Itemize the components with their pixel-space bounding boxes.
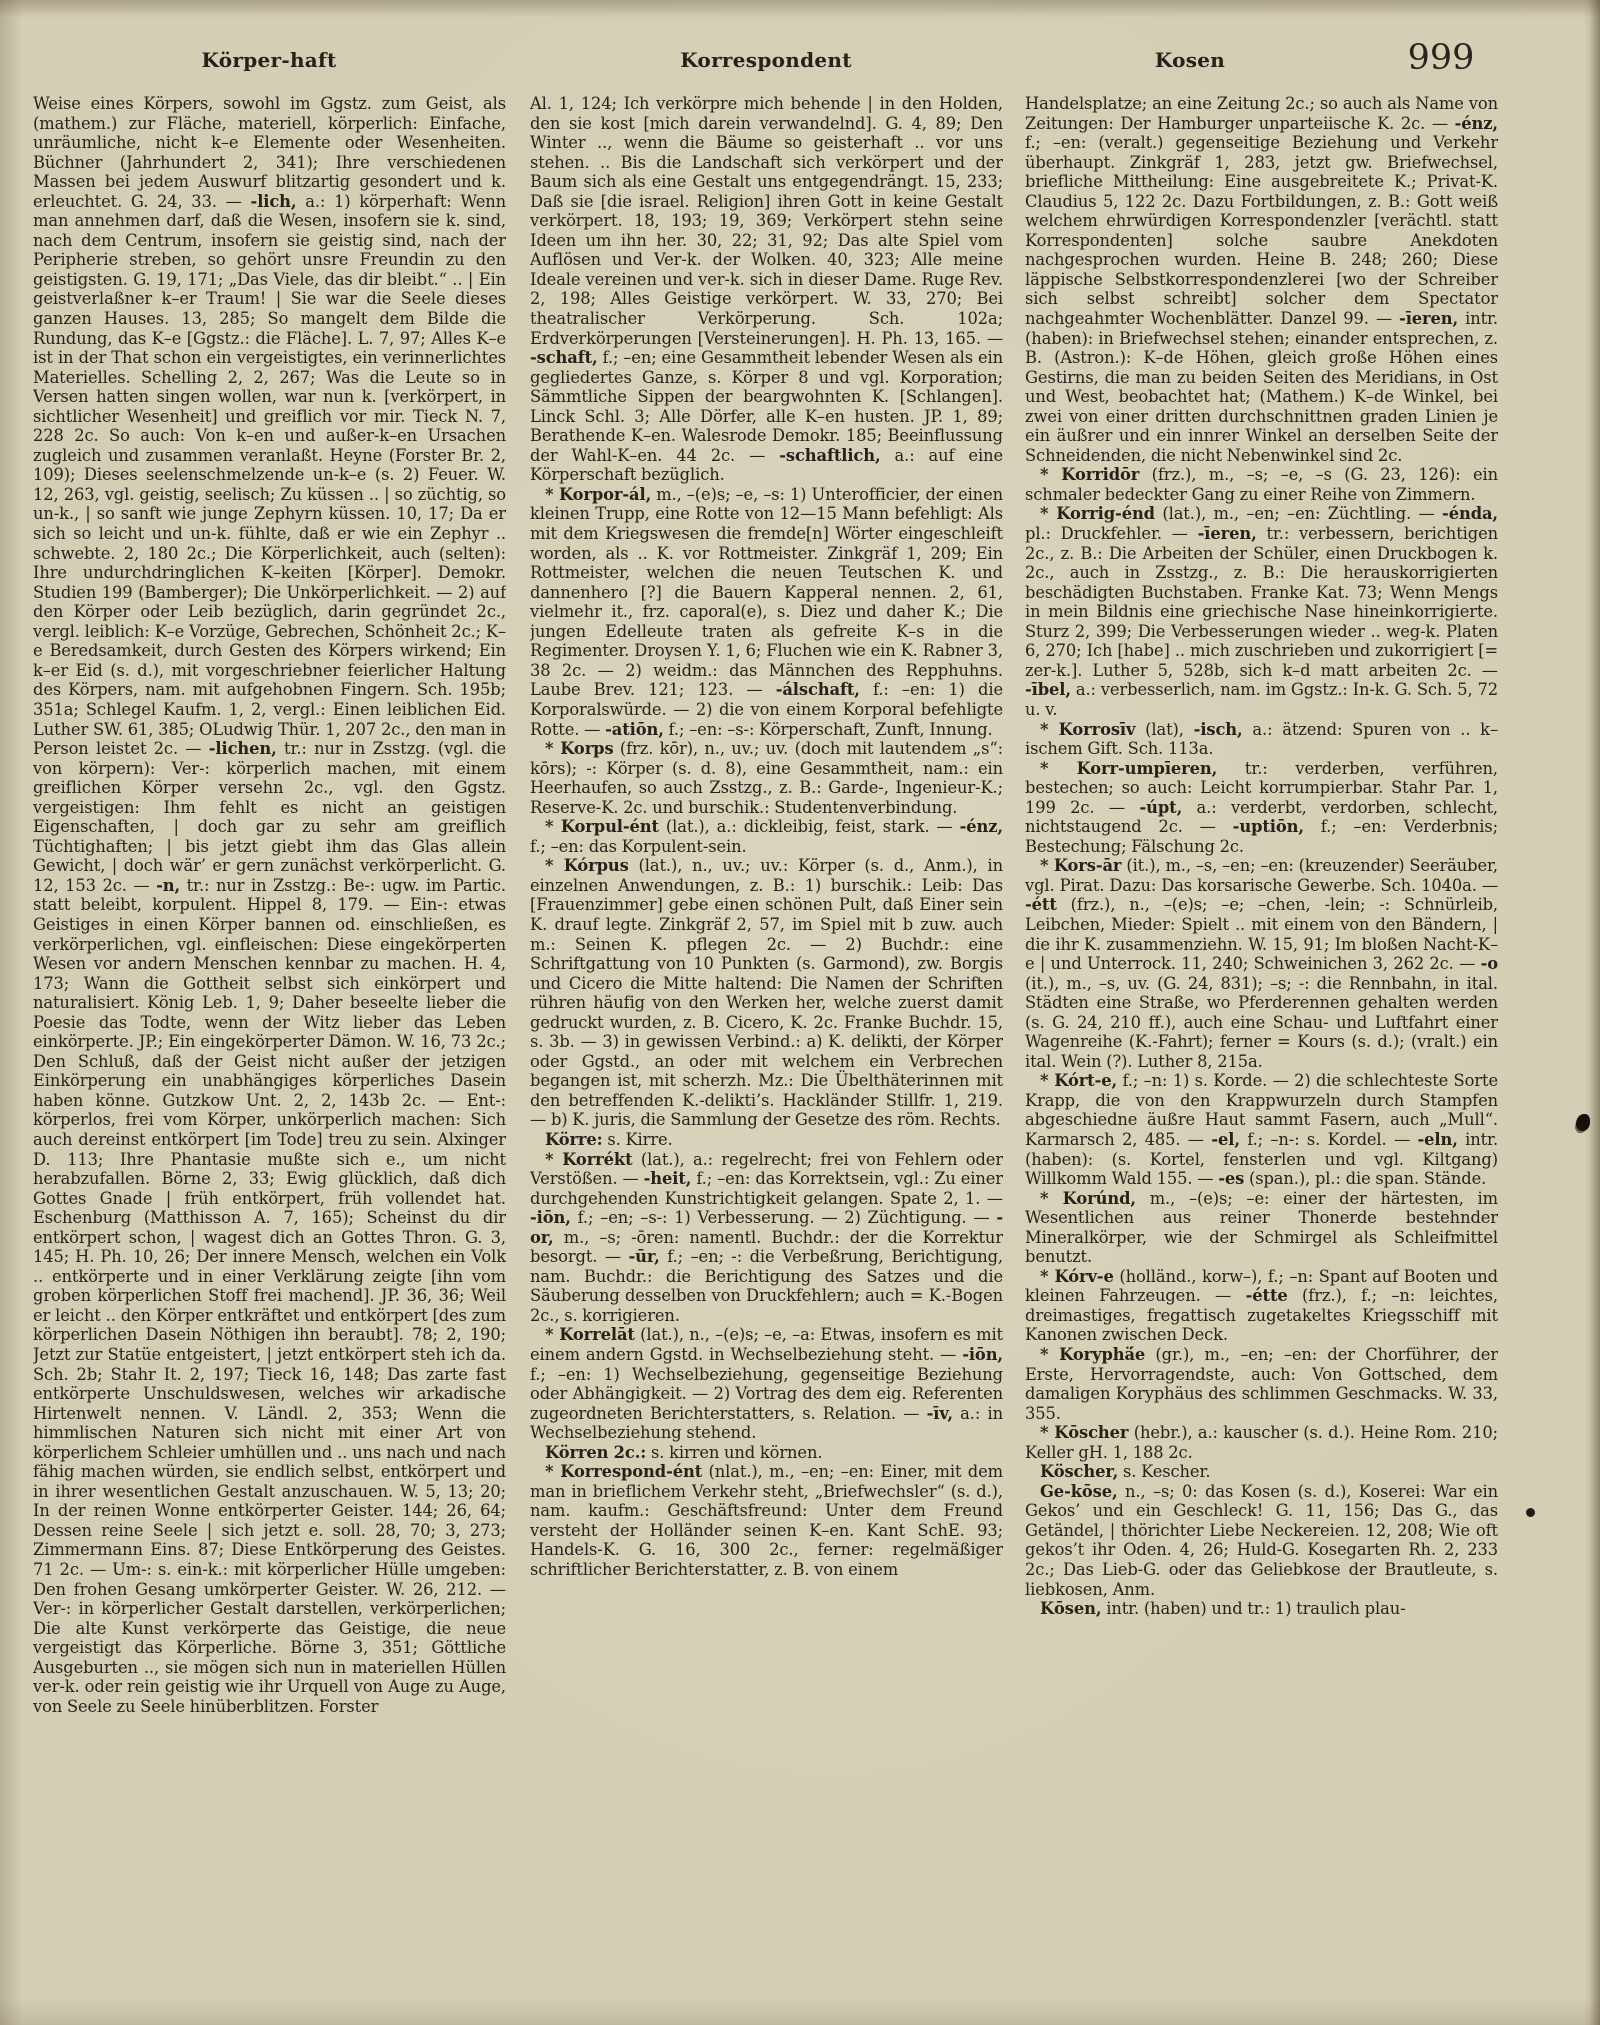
- ink-speck-small: [1526, 1508, 1535, 1517]
- entry-headword: * Korrig-énd: [1040, 504, 1155, 523]
- entry-headword: -lich,: [251, 192, 297, 211]
- entry-headword: -álschaft,: [776, 680, 860, 699]
- entry-headword: * Korpul-ént: [545, 817, 659, 836]
- entry-headword: -heit,: [644, 1169, 692, 1188]
- entry-headword: Kōsen,: [1040, 1599, 1101, 1618]
- entry-headword: * Kōscher: [1040, 1423, 1128, 1442]
- entry-headword: -schaft,: [530, 348, 598, 367]
- entry-headword: Körren 2c.:: [545, 1443, 646, 1462]
- entry-headword: * Kors-ār: [1040, 856, 1121, 875]
- running-head-right: Kosen: [1025, 48, 1355, 72]
- entry-text: pl.: Druckfehler. —: [1025, 524, 1198, 543]
- entry-headword: * Korps: [545, 739, 614, 758]
- running-head-center: Korrespondent: [530, 48, 1002, 72]
- entry-headword: -schaftlich,: [779, 446, 880, 465]
- entry-text: a.: 1) körperhaft: Wenn man annehmen dar…: [33, 192, 506, 758]
- entry-headword: -úpt,: [1139, 798, 1182, 817]
- continuation-paragraph: Weise eines Körpers, sowohl im Ggstz. zu…: [33, 94, 506, 1716]
- entry-text: s. kirren und körnen.: [646, 1443, 822, 1462]
- entry-headword: -énz,: [1455, 114, 1498, 133]
- entry-headword: -atiōn,: [605, 720, 664, 739]
- entry-text: (lat.), n., uv.; uv.: Körper (s. d., Anm…: [530, 856, 1003, 1129]
- text-column-1: Weise eines Körpers, sowohl im Ggstz. zu…: [33, 94, 506, 1894]
- entry-headword: -énz,: [960, 817, 1003, 836]
- entry-paragraph: * Korps (frz. kōr), n., uv.; uv. (doch m…: [530, 739, 1003, 817]
- ink-speck-large: [1576, 1114, 1590, 1131]
- entry-text: (lat.), m., –en; –en: Züchtling. —: [1155, 504, 1442, 523]
- entry-text: f.; –en; –s-: 1) Verbesserung. — 2) Züch…: [571, 1208, 997, 1227]
- entry-text: s. Kirre.: [603, 1130, 673, 1149]
- entry-text: f.; –en: (veralt.) gegenseitige Beziehun…: [1025, 133, 1498, 328]
- entry-headword: -étte: [1246, 1286, 1288, 1305]
- entry-text: (lat),: [1135, 720, 1193, 739]
- entry-text: Al. 1, 124; Ich verkörpre mich behende |…: [530, 94, 1003, 348]
- entry-headword: -ūr,: [628, 1247, 659, 1266]
- entry-text: m., –(e)s; –e, –s: 1) Unterofficier, der…: [530, 485, 1003, 699]
- entry-headword: -īeren,: [1198, 524, 1257, 543]
- dictionary-page-scan: Körper-haft Korrespondent Kosen 999 Weis…: [0, 0, 1600, 2025]
- entry-paragraph: Ge-kōse, n., –s; 0: das Kosen (s. d.), K…: [1025, 1482, 1498, 1599]
- entry-text: f.; –en: –s-: Körperschaft, Zunft, Innun…: [664, 720, 993, 739]
- entry-paragraph: * Korrig-énd (lat.), m., –en; –en: Zücht…: [1025, 504, 1498, 719]
- entry-text: tr.: nur in Zsstzg. (vgl. die von körper…: [33, 739, 506, 895]
- entry-headword: -es: [1218, 1169, 1244, 1188]
- entry-paragraph: Körre: s. Kirre.: [530, 1130, 1003, 1150]
- entry-headword: -iōn,: [530, 1208, 571, 1227]
- entry-paragraph: * Korrelāt (lat.), n., –(e)s; –e, –a: Et…: [530, 1325, 1003, 1442]
- entry-text: f.; –en: das Korpulent-sein.: [530, 837, 747, 856]
- entry-headword: Körre:: [545, 1130, 603, 1149]
- entry-headword: * Korpor-ál,: [545, 485, 651, 504]
- entry-text: f.; –n-: s. Kordel. —: [1240, 1130, 1418, 1149]
- entry-headword: * Koryphä́e: [1040, 1345, 1145, 1364]
- entry-text: (lat.), a.: dickleibig, feist, stark. —: [659, 817, 960, 836]
- entry-headword: * Korúnd,: [1040, 1189, 1136, 1208]
- entry-headword: -n,: [156, 876, 180, 895]
- entry-text: a.: verbesserlich, nam. im Ggstz.: In-k.…: [1025, 680, 1498, 719]
- entry-headword: -ībel,: [1025, 680, 1071, 699]
- entry-headword: * Korr-umpīeren,: [1040, 759, 1217, 778]
- entry-paragraph: * Kórt-e, f.; –n: 1) s. Korde. — 2) die …: [1025, 1071, 1498, 1188]
- continuation-paragraph: Handelsplatze; an eine Zeitung 2c.; so a…: [1025, 94, 1498, 465]
- page-edge-shading: [1590, 0, 1600, 2025]
- entry-headword: * Korrékt: [545, 1150, 633, 1169]
- continuation-paragraph: Al. 1, 124; Ich verkörpre mich behende |…: [530, 94, 1003, 485]
- entry-paragraph: * Kōscher (hebr.), a.: kauscher (s. d.).…: [1025, 1423, 1498, 1462]
- entry-headword: -étt: [1025, 895, 1057, 914]
- entry-text: tr.: verbessern, berichtigen 2c., z. B.:…: [1025, 524, 1498, 680]
- entry-text: (it.), m., –s, uv. (G. 24, 831); –s; -: …: [1025, 974, 1498, 1071]
- text-column-3: Handelsplatze; an eine Zeitung 2c.; so a…: [1025, 94, 1498, 1894]
- entry-text: intr. (haben): in Briefwechsel stehen; e…: [1025, 309, 1498, 465]
- entry-paragraph: * Korrespond-ént (nlat.), m., –en; –en: …: [530, 1462, 1003, 1579]
- entry-paragraph: * Kórv-e (holländ., korw–), f.; –n: Span…: [1025, 1267, 1498, 1345]
- entry-text: tr.: nur in Zsstzg.: Be-: ugw. im Partic…: [33, 876, 506, 1716]
- entry-headword: Ge-kōse,: [1040, 1482, 1118, 1501]
- entry-headword: * Korrespond-ént: [545, 1462, 702, 1481]
- entry-headword: * Korridōr: [1040, 465, 1139, 484]
- entry-headword: -īeren,: [1399, 309, 1458, 328]
- entry-paragraph: Köscher, s. Kescher.: [1025, 1462, 1498, 1482]
- text-column-2: Al. 1, 124; Ich verkörpre mich behende |…: [530, 94, 1003, 1894]
- entry-paragraph: * Korr-umpīeren, tr.: verderben, verführ…: [1025, 759, 1498, 857]
- entry-headword: * Kórv-e: [1040, 1267, 1114, 1286]
- entry-paragraph: * Korpor-ál, m., –(e)s; –e, –s: 1) Unter…: [530, 485, 1003, 739]
- entry-headword: -énda,: [1442, 504, 1498, 523]
- entry-headword: -lichen,: [209, 739, 277, 758]
- entry-paragraph: Körren 2c.: s. kirren und körnen.: [530, 1443, 1003, 1463]
- entry-headword: * Korrosīv: [1040, 720, 1135, 739]
- entry-headword: * Kórpus: [545, 856, 629, 875]
- entry-paragraph: Kōsen, intr. (haben) und tr.: 1) traulic…: [1025, 1599, 1498, 1619]
- entry-headword: -uptiōn,: [1233, 817, 1304, 836]
- page-number: 999: [1396, 38, 1486, 78]
- entry-headword: -eln,: [1417, 1130, 1457, 1149]
- entry-headword: * Kórt-e,: [1040, 1071, 1117, 1090]
- entry-paragraph: * Koryphä́e (gr.), m., –en; –en: der Cho…: [1025, 1345, 1498, 1423]
- entry-paragraph: * Kors-ār (it.), m., –s, –en; –en: (kreu…: [1025, 856, 1498, 1071]
- entry-text: s. Kescher.: [1118, 1462, 1210, 1481]
- entry-text: (span.), pl.: die span. Stände.: [1244, 1169, 1486, 1188]
- entry-paragraph: * Kórpus (lat.), n., uv.; uv.: Körper (s…: [530, 856, 1003, 1130]
- entry-paragraph: * Korrékt (lat.), a.: regelrecht; frei v…: [530, 1150, 1003, 1326]
- entry-headword: -iōn,: [962, 1345, 1003, 1364]
- entry-paragraph: * Korúnd, m., –(e)s; –e: einer der härte…: [1025, 1189, 1498, 1267]
- running-head-left: Körper-haft: [33, 48, 505, 72]
- entry-headword: Köscher,: [1040, 1462, 1118, 1481]
- entry-headword: -īv,: [927, 1404, 953, 1423]
- entry-paragraph: * Korrosīv (lat), -isch, a.: ätzend: Spu…: [1025, 720, 1498, 759]
- entry-headword: -isch,: [1194, 720, 1243, 739]
- entry-text: (frz.), n., –(e)s; –e; –chen, -lein; -: …: [1025, 895, 1498, 973]
- entry-headword: -o: [1481, 954, 1498, 973]
- entry-headword: -el,: [1211, 1130, 1240, 1149]
- entry-text: Handelsplatze; an eine Zeitung 2c.; so a…: [1025, 94, 1498, 133]
- entry-headword: * Korrelāt: [545, 1325, 635, 1344]
- entry-text: intr. (haben) und tr.: 1) traulich plau-: [1101, 1599, 1405, 1618]
- entry-paragraph: * Korpul-ént (lat.), a.: dickleibig, fei…: [530, 817, 1003, 856]
- entry-paragraph: * Korridōr (frz.), m., –s; –e, –s (G. 23…: [1025, 465, 1498, 504]
